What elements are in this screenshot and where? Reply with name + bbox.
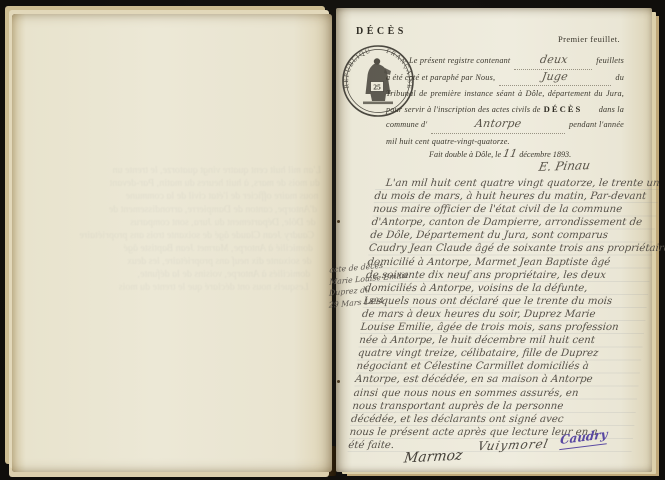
form-line2-pre: a été coté et paraphé par Nous, <box>386 70 495 86</box>
fill-certification-day: 11 <box>502 147 518 160</box>
form-line3: Tribunal de première instance séant à Dô… <box>386 86 624 102</box>
form-line1-post: feuillets <box>596 53 624 69</box>
form-line1-pre: Le présent registre contenant <box>409 53 510 69</box>
stamp-value: 25 <box>373 82 381 91</box>
fill-officer-title: Juge <box>542 72 569 82</box>
printed-preamble: Le présent registre contenant deux feuil… <box>386 53 624 150</box>
form-line5-post: pendant l'année <box>569 117 624 133</box>
ink-bleed-through: L'an mil huit cent quatre vingt quatorze… <box>23 164 322 294</box>
left-blank-page: L'an mil huit cent quatre vingt quatorze… <box>12 14 332 472</box>
form-acts-type: DÉCÈS <box>544 102 583 118</box>
page-title: DÉCÈS <box>356 26 407 37</box>
scan-background: L'an mil huit cent quatre vingt quatorze… <box>0 0 665 480</box>
fill-folio-count: deux <box>539 55 568 65</box>
certification-line: Fait double à Dôle, le 11 décembre 1893. <box>429 147 571 160</box>
signature-mayor: Vuiymorel <box>477 437 550 454</box>
register-page: DÉCÈS Premier feuillet. RÉPUBLIQUE FRANÇ… <box>336 8 652 472</box>
fill-commune-name: Antorpe <box>474 119 522 129</box>
certification-pre: Fait double à Dôle, le <box>429 150 501 159</box>
signature-declarant-marmoz: Marmoz <box>403 447 463 466</box>
form-line2-post: du <box>615 70 624 86</box>
certification-post: décembre 1893. <box>519 150 571 159</box>
form-line5-pre: commune d' <box>386 117 427 133</box>
form-line4-pre: pour servir à l'inscription des actes ci… <box>386 102 541 118</box>
binding-stitch-dot <box>337 220 340 223</box>
form-line4-post: dans la <box>599 102 624 118</box>
death-act-text: L'an mil huit cent quatre vingt quatorze… <box>348 177 661 452</box>
registrar-signature: E. Pinau <box>538 158 592 174</box>
binding-stitch-dot <box>337 380 340 383</box>
folio-label: Premier feuillet. <box>558 34 620 44</box>
